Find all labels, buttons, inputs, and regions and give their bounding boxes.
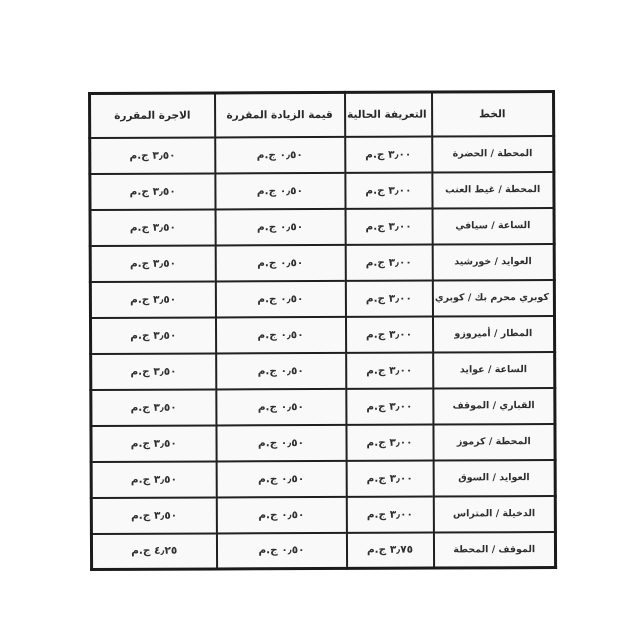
cell-current-tariff: ٣٫٠٠ ج.م bbox=[345, 280, 432, 316]
cell-new-fare: ٣٫٥٠ ج.م bbox=[90, 209, 215, 246]
cell-increase-value: ٠٫٥٠ ج.م bbox=[216, 388, 346, 425]
cell-line: الساعة / سيافي bbox=[432, 207, 554, 244]
cell-increase-value: ٠٫٥٠ ج.م bbox=[216, 496, 346, 533]
cell-line: كوبري محرم بك / كوبري الزهور bbox=[432, 279, 554, 316]
header-new-fare: الاجرة المقررة bbox=[90, 93, 215, 138]
cell-current-tariff: ٣٫٠٠ ج.م bbox=[346, 460, 433, 496]
cell-new-fare: ٣٫٥٠ ج.م bbox=[90, 137, 215, 174]
cell-increase-value: ٠٫٥٠ ج.م bbox=[215, 208, 345, 245]
cell-current-tariff: ٣٫٠٠ ج.م bbox=[345, 244, 432, 280]
cell-new-fare: ٣٫٥٠ ج.م bbox=[90, 173, 215, 210]
cell-current-tariff: ٣٫٠٠ ج.م bbox=[346, 388, 433, 424]
cell-line: القباري / الموقف bbox=[433, 387, 555, 424]
table-row: المحطة / كرموز٣٫٠٠ ج.م٠٫٥٠ ج.م٣٫٥٠ ج.م bbox=[91, 423, 555, 461]
table-row: المطار / أميروزو٣٫٠٠ ج.م٠٫٥٠ ج.م٣٫٥٠ ج.م bbox=[90, 315, 554, 353]
cell-line: المحطة / غيط العنب bbox=[432, 171, 554, 208]
cell-current-tariff: ٣٫٠٠ ج.م bbox=[345, 208, 432, 244]
cell-current-tariff: ٣٫٠٠ ج.م bbox=[345, 172, 432, 208]
table-row: القباري / الموقف٣٫٠٠ ج.م٠٫٥٠ ج.م٣٫٥٠ ج.م bbox=[91, 387, 555, 425]
cell-current-tariff: ٣٫٠٠ ج.م bbox=[346, 496, 433, 532]
cell-current-tariff: ٣٫٠٠ ج.م bbox=[345, 316, 432, 352]
table-row: الدخيلة / المتراس٣٫٠٠ ج.م٠٫٥٠ ج.م٣٫٥٠ ج.… bbox=[91, 495, 555, 533]
header-increase-value: قيمة الزيادة المقررة bbox=[215, 92, 345, 137]
cell-current-tariff: ٣٫٠٠ ج.م bbox=[346, 424, 433, 460]
cell-line: الموقف / المحطة bbox=[433, 531, 555, 568]
table-row: العوايد / السوق٣٫٠٠ ج.م٠٫٥٠ ج.م٣٫٥٠ ج.م bbox=[91, 459, 555, 497]
cell-increase-value: ٠٫٥٠ ج.م bbox=[216, 460, 346, 497]
cell-new-fare: ٣٫٥٠ ج.م bbox=[91, 461, 216, 498]
cell-increase-value: ٠٫٥٠ ج.م bbox=[215, 280, 345, 317]
fare-table: الخط التعريفة الحالية قيمة الزيادة المقر… bbox=[88, 90, 557, 571]
cell-line: المحطة / الحضرة bbox=[432, 135, 554, 172]
table-row: كوبري محرم بك / كوبري الزهور٣٫٠٠ ج.م٠٫٥٠… bbox=[90, 279, 554, 317]
table-row: الساعة / سيافي٣٫٠٠ ج.م٠٫٥٠ ج.م٣٫٥٠ ج.م bbox=[90, 207, 554, 245]
cell-current-tariff: ٣٫٧٥ ج.م bbox=[346, 532, 433, 568]
cell-line: المحطة / كرموز bbox=[433, 423, 555, 460]
cell-current-tariff: ٣٫٠٠ ج.م bbox=[346, 352, 433, 388]
table-row: الموقف / المحطة٣٫٧٥ ج.م٠٫٥٠ ج.م٤٫٢٥ ج.م bbox=[91, 531, 555, 569]
table-row: المحطة / غيط العنب٣٫٠٠ ج.م٠٫٥٠ ج.م٣٫٥٠ ج… bbox=[90, 171, 554, 209]
header-current-tariff: التعريفة الحالية bbox=[345, 92, 432, 136]
table-row: العوايد / خورشيد٣٫٠٠ ج.م٠٫٥٠ ج.م٣٫٥٠ ج.م bbox=[90, 243, 554, 281]
cell-line: الساعة / عوايد bbox=[433, 351, 555, 388]
cell-new-fare: ٣٫٥٠ ج.م bbox=[90, 317, 215, 354]
header-row: الخط التعريفة الحالية قيمة الزيادة المقر… bbox=[90, 91, 554, 137]
cell-new-fare: ٣٫٥٠ ج.م bbox=[91, 353, 216, 390]
cell-line: العوايد / السوق bbox=[433, 459, 555, 496]
cell-new-fare: ٣٫٥٠ ج.م bbox=[91, 425, 216, 462]
scanned-page: الخط التعريفة الحالية قيمة الزيادة المقر… bbox=[0, 0, 640, 640]
cell-new-fare: ٤٫٢٥ ج.م bbox=[91, 533, 216, 570]
table-row: المحطة / الحضرة٣٫٠٠ ج.م٠٫٥٠ ج.م٣٫٥٠ ج.م bbox=[90, 135, 554, 173]
fare-table-header: الخط التعريفة الحالية قيمة الزيادة المقر… bbox=[90, 91, 554, 137]
cell-line: العوايد / خورشيد bbox=[432, 243, 554, 280]
cell-new-fare: ٣٫٥٠ ج.م bbox=[91, 389, 216, 426]
cell-new-fare: ٣٫٥٠ ج.م bbox=[90, 245, 215, 282]
cell-new-fare: ٣٫٥٠ ج.م bbox=[90, 281, 215, 318]
table-body: المحطة / الحضرة٣٫٠٠ ج.م٠٫٥٠ ج.م٣٫٥٠ ج.ما… bbox=[90, 135, 556, 569]
cell-increase-value: ٠٫٥٠ ج.م bbox=[216, 424, 346, 461]
cell-increase-value: ٠٫٥٠ ج.م bbox=[216, 532, 346, 569]
header-line: الخط bbox=[432, 91, 554, 136]
cell-current-tariff: ٣٫٠٠ ج.م bbox=[345, 136, 432, 172]
cell-increase-value: ٠٫٥٠ ج.م bbox=[215, 136, 345, 173]
table-row: الساعة / عوايد٣٫٠٠ ج.م٠٫٥٠ ج.م٣٫٥٠ ج.م bbox=[91, 351, 555, 389]
fare-table-container: الخط التعريفة الحالية قيمة الزيادة المقر… bbox=[88, 90, 554, 571]
cell-increase-value: ٠٫٥٠ ج.م bbox=[215, 316, 345, 353]
cell-increase-value: ٠٫٥٠ ج.م bbox=[215, 244, 345, 281]
cell-line: المطار / أميروزو bbox=[432, 315, 554, 352]
cell-line: الدخيلة / المتراس bbox=[433, 495, 555, 532]
cell-new-fare: ٣٫٥٠ ج.م bbox=[91, 497, 216, 534]
cell-increase-value: ٠٫٥٠ ج.م bbox=[215, 172, 345, 209]
cell-increase-value: ٠٫٥٠ ج.م bbox=[216, 352, 346, 389]
